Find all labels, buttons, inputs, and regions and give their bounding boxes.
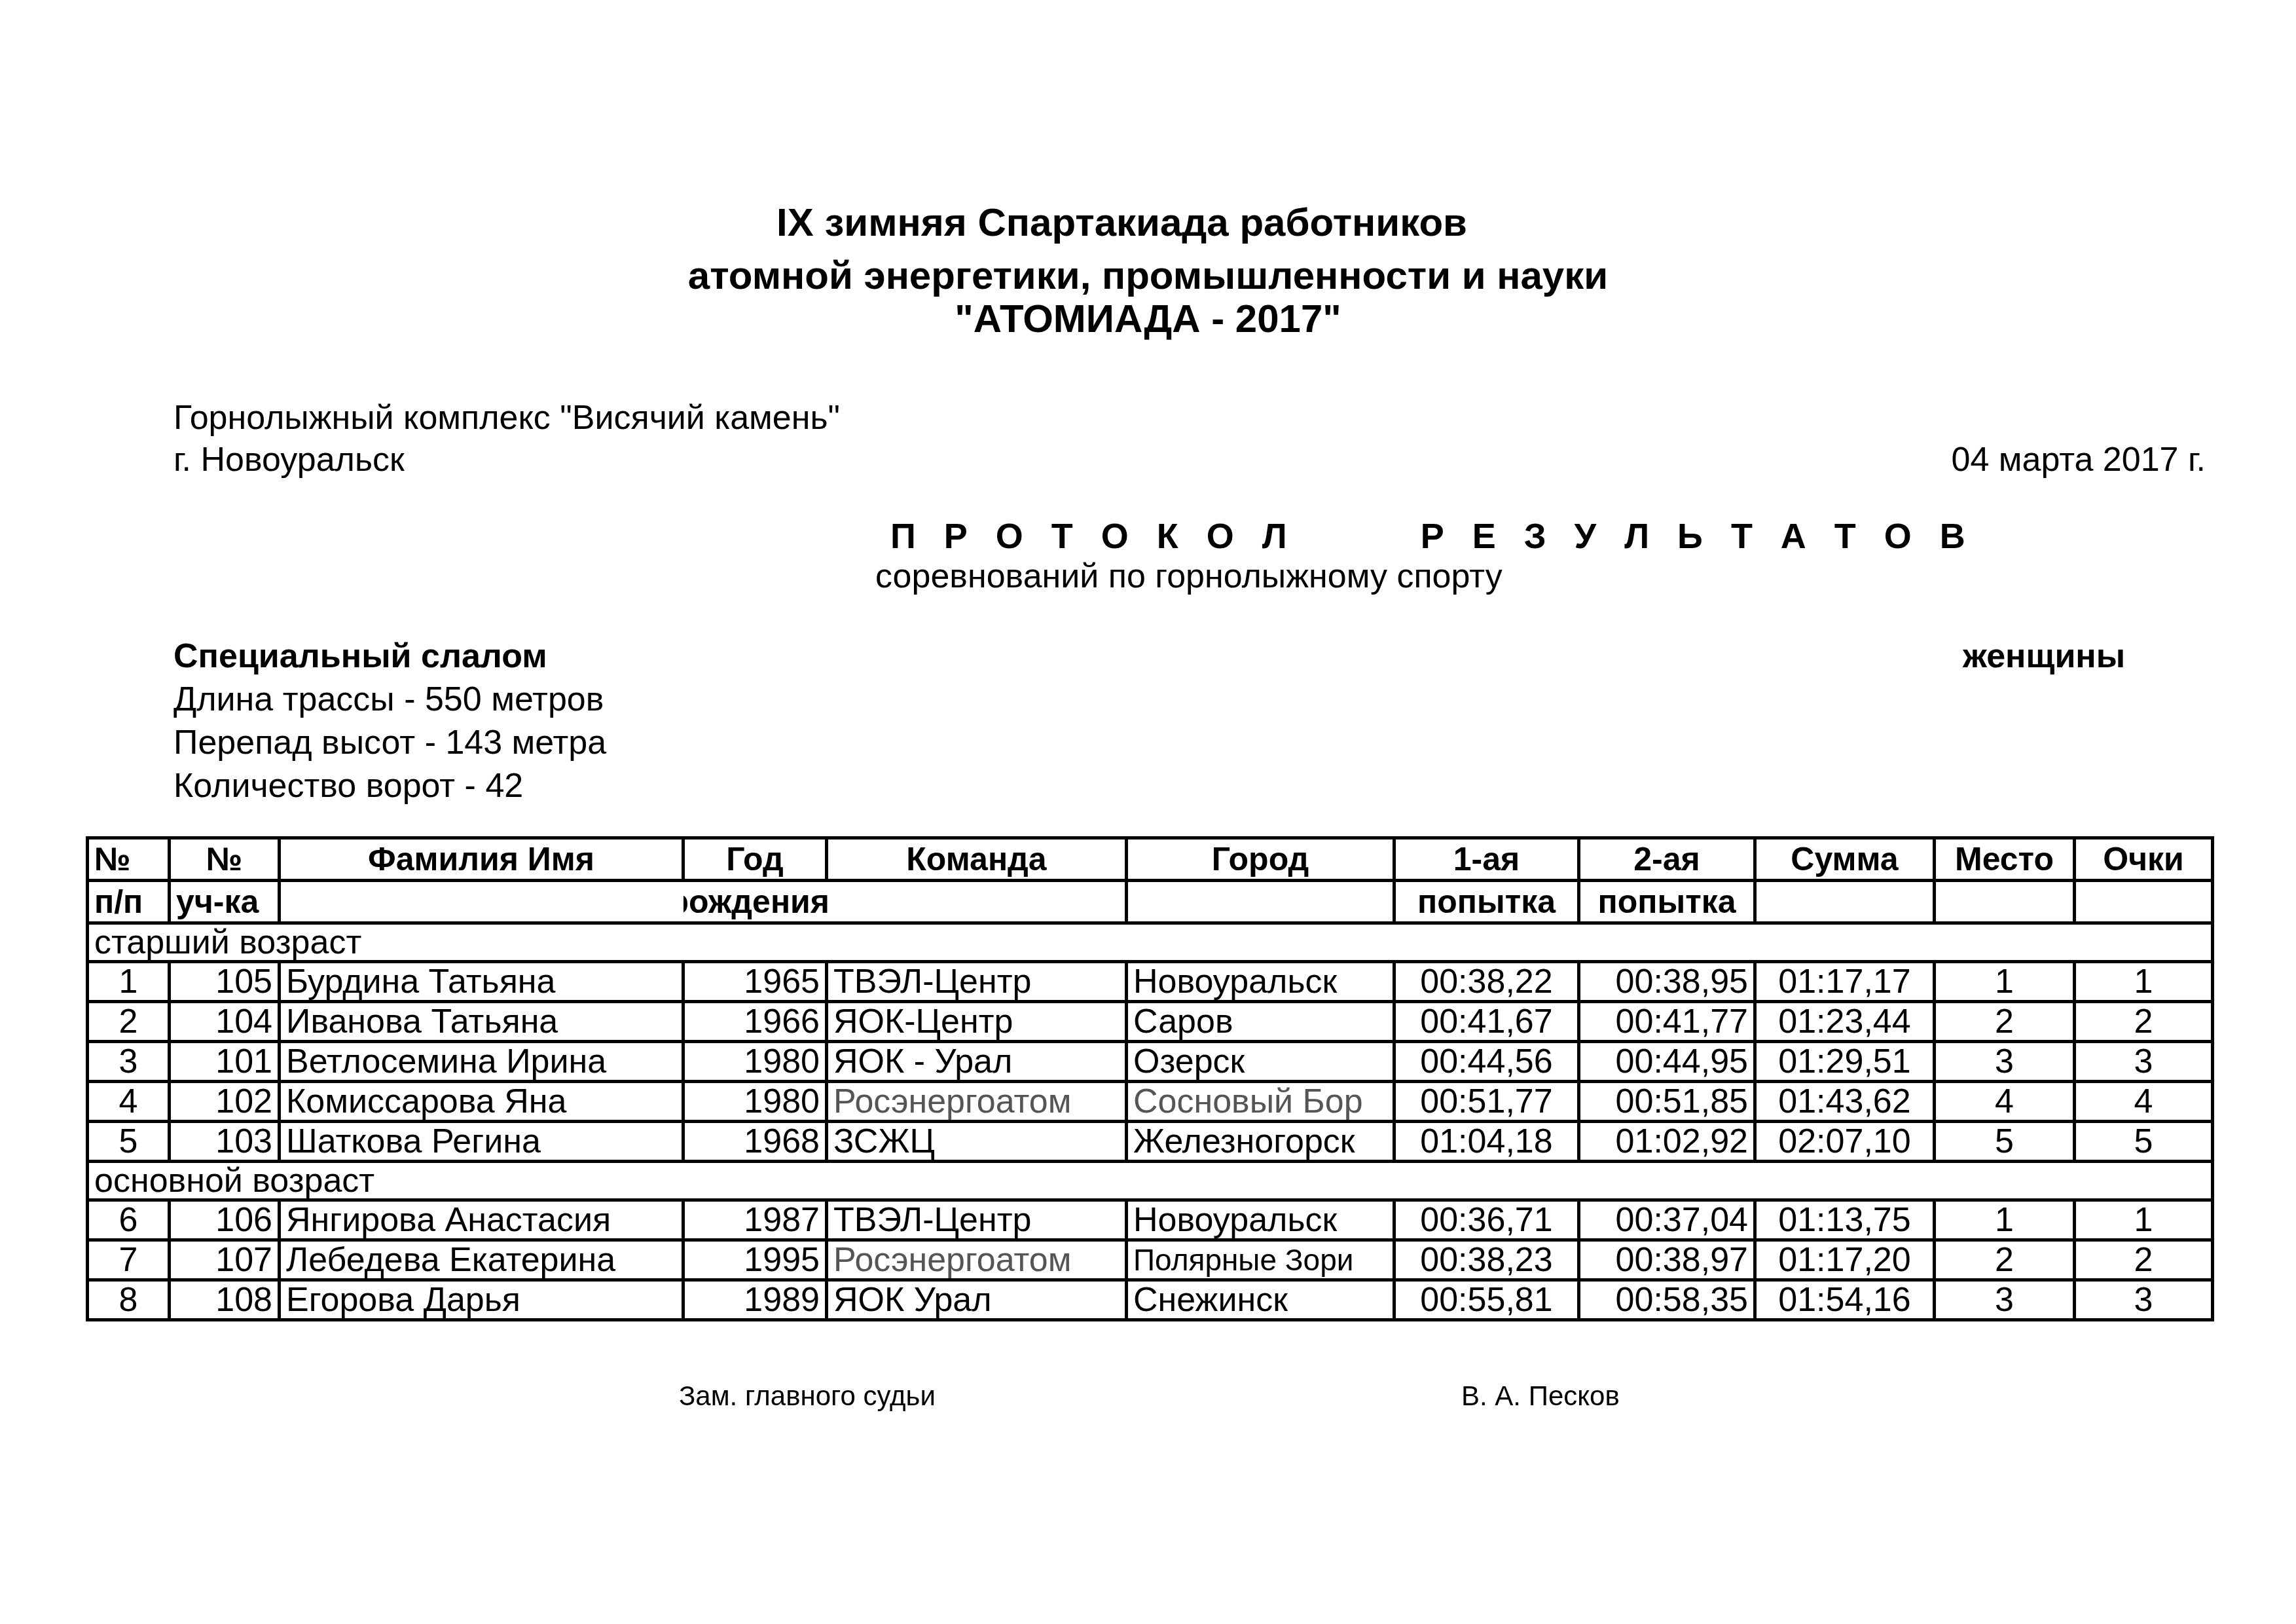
cell-points: 4 xyxy=(2075,1082,2213,1122)
cell-num: 7 xyxy=(88,1240,170,1280)
table-row: 6106Янгирова Анастасия1987ТВЭЛ-ЦентрНово… xyxy=(88,1200,2213,1240)
signature-role: Зам. главного судьи xyxy=(679,1380,936,1412)
cell-place: 3 xyxy=(1935,1280,2075,1320)
cell-run2: 00:58,35 xyxy=(1579,1280,1755,1320)
col-city: Город xyxy=(1127,838,1394,881)
col-name-sub xyxy=(280,881,683,923)
table-header-row-2: п/п уч-ка рождения попытка попытка xyxy=(88,881,2213,923)
cell-sum: 01:43,62 xyxy=(1755,1082,1935,1122)
cell-sum: 01:17,20 xyxy=(1755,1240,1935,1280)
cell-bib: 106 xyxy=(170,1200,280,1240)
cell-run1: 00:51,77 xyxy=(1394,1082,1579,1122)
table-row: 8108Егорова Дарья1989ЯОК УралСнежинск00:… xyxy=(88,1280,2213,1320)
date: 04 марта 2017 г. xyxy=(1951,440,2206,479)
col-place: Место xyxy=(1935,838,2075,881)
cell-num: 8 xyxy=(88,1280,170,1320)
cell-place: 1 xyxy=(1935,1200,2075,1240)
col-sum: Сумма xyxy=(1755,838,1935,881)
cell-name: Янгирова Анастасия xyxy=(280,1200,683,1240)
table-row: 4102Комиссарова Яна1980РосэнергоатомСосн… xyxy=(88,1082,2213,1122)
cell-city: Железногорск xyxy=(1127,1122,1394,1162)
cell-run2: 00:41,77 xyxy=(1579,1002,1755,1042)
cell-bib: 101 xyxy=(170,1042,280,1082)
cell-num: 5 xyxy=(88,1122,170,1162)
cell-name: Комиссарова Яна xyxy=(280,1082,683,1122)
group-label: основной возраст xyxy=(88,1162,2213,1200)
cell-num: 4 xyxy=(88,1082,170,1122)
col-num-sub: п/п xyxy=(88,881,170,923)
cell-city: Сосновый Бор xyxy=(1127,1082,1394,1122)
discipline: Специальный слалом xyxy=(173,637,547,676)
event-title-line-3: "АТОМИАДА - 2017" xyxy=(0,296,2296,341)
table-header-row-1: № № Фамилия Имя Год Команда Город 1-ая 2… xyxy=(88,838,2213,881)
cell-run2: 00:44,95 xyxy=(1579,1042,1755,1082)
cell-run1: 00:55,81 xyxy=(1394,1280,1579,1320)
col-bib-sub: уч-ка xyxy=(170,881,280,923)
city: г. Новоуральск xyxy=(173,440,405,479)
col-name: Фамилия Имя xyxy=(280,838,683,881)
cell-team: ЯОК - Урал xyxy=(827,1042,1127,1082)
cell-points: 1 xyxy=(2075,962,2213,1002)
cell-city: Снежинск xyxy=(1127,1280,1394,1320)
cell-place: 2 xyxy=(1935,1240,2075,1280)
gate-count: Количество ворот - 42 xyxy=(173,766,523,805)
col-city-sub xyxy=(1127,881,1394,923)
col-run1-sub: попытка xyxy=(1394,881,1579,923)
cell-city: Новоуральск xyxy=(1127,1200,1394,1240)
col-team: Команда xyxy=(827,838,1127,881)
cell-team: ТВЭЛ-Центр xyxy=(827,962,1127,1002)
protocol-subtitle: соревнований по горнолыжному спорту xyxy=(875,557,1503,596)
col-place-sub xyxy=(1935,881,2075,923)
category: женщины xyxy=(1963,637,2125,676)
cell-run1: 00:38,23 xyxy=(1394,1240,1579,1280)
cell-bib: 107 xyxy=(170,1240,280,1280)
table-row: 1105Бурдина Татьяна1965ТВЭЛ-ЦентрНовоура… xyxy=(88,962,2213,1002)
cell-place: 3 xyxy=(1935,1042,2075,1082)
cell-city: Новоуральск xyxy=(1127,962,1394,1002)
col-points: Очки xyxy=(2075,838,2213,881)
group-row: основной возраст xyxy=(88,1162,2213,1200)
signature-name: В. А. Песков xyxy=(1461,1380,1620,1412)
cell-sum: 01:23,44 xyxy=(1755,1002,1935,1042)
cell-num: 2 xyxy=(88,1002,170,1042)
col-run2: 2-ая xyxy=(1579,838,1755,881)
cell-num: 1 xyxy=(88,962,170,1002)
cell-year: 1980 xyxy=(683,1082,827,1122)
cell-year: 1965 xyxy=(683,962,827,1002)
cell-city: Полярные Зори xyxy=(1127,1240,1394,1280)
cell-team: Росэнергоатом xyxy=(827,1082,1127,1122)
cell-bib: 108 xyxy=(170,1280,280,1320)
cell-team: ЯОК Урал xyxy=(827,1280,1127,1320)
cell-place: 5 xyxy=(1935,1122,2075,1162)
cell-points: 3 xyxy=(2075,1280,2213,1320)
cell-bib: 102 xyxy=(170,1082,280,1122)
cell-city: Саров xyxy=(1127,1002,1394,1042)
protocol-title-left: П Р О Т О К О Л xyxy=(890,517,1296,556)
protocol-title: П Р О Т О К О ЛР Е З У Л Ь Т А Т О В xyxy=(890,516,1975,557)
cell-team: Росэнергоатом xyxy=(827,1240,1127,1280)
col-year-sub-label: рождения xyxy=(683,883,830,920)
cell-sum: 02:07,10 xyxy=(1755,1122,1935,1162)
col-bib: № xyxy=(170,838,280,881)
cell-sum: 01:17,17 xyxy=(1755,962,1935,1002)
cell-year: 1968 xyxy=(683,1122,827,1162)
event-title-line-1: IX зимняя Спартакиада работников xyxy=(0,200,2270,245)
cell-name: Шаткова Регина xyxy=(280,1122,683,1162)
cell-points: 3 xyxy=(2075,1042,2213,1082)
cell-run2: 00:38,97 xyxy=(1579,1240,1755,1280)
cell-bib: 103 xyxy=(170,1122,280,1162)
cell-name: Иванова Татьяна xyxy=(280,1002,683,1042)
col-points-sub xyxy=(2075,881,2213,923)
cell-run1: 00:41,67 xyxy=(1394,1002,1579,1042)
cell-team: ЗСЖЦ xyxy=(827,1122,1127,1162)
cell-run2: 00:51,85 xyxy=(1579,1082,1755,1122)
cell-year: 1987 xyxy=(683,1200,827,1240)
cell-year: 1966 xyxy=(683,1002,827,1042)
cell-run1: 00:36,71 xyxy=(1394,1200,1579,1240)
group-label: старший возраст xyxy=(88,923,2213,962)
col-run1: 1-ая xyxy=(1394,838,1579,881)
venue: Горнолыжный комплекс "Висячий камень" xyxy=(173,398,840,437)
col-year-sub: рождения xyxy=(683,881,1127,923)
table-row: 3101Ветлосемина Ирина1980ЯОК - УралОзерс… xyxy=(88,1042,2213,1082)
col-run2-sub: попытка xyxy=(1579,881,1755,923)
cell-run1: 01:04,18 xyxy=(1394,1122,1579,1162)
vertical-drop: Перепад высот - 143 метра xyxy=(173,723,606,762)
cell-year: 1989 xyxy=(683,1280,827,1320)
cell-place: 4 xyxy=(1935,1082,2075,1122)
cell-points: 2 xyxy=(2075,1240,2213,1280)
col-num: № xyxy=(88,838,170,881)
course-length: Длина трассы - 550 метров xyxy=(173,680,604,719)
cell-run2: 00:38,95 xyxy=(1579,962,1755,1002)
cell-name: Бурдина Татьяна xyxy=(280,962,683,1002)
cell-city: Озерск xyxy=(1127,1042,1394,1082)
results-table: № № Фамилия Имя Год Команда Город 1-ая 2… xyxy=(86,836,2214,1321)
cell-name: Егорова Дарья xyxy=(280,1280,683,1320)
cell-sum: 01:13,75 xyxy=(1755,1200,1935,1240)
cell-sum: 01:54,16 xyxy=(1755,1280,1935,1320)
cell-name: Лебедева Екатерина xyxy=(280,1240,683,1280)
cell-place: 1 xyxy=(1935,962,2075,1002)
table-row: 5103Шаткова Регина1968ЗСЖЦЖелезногорск01… xyxy=(88,1122,2213,1162)
table-row: 7107Лебедева Екатерина1995РосэнергоатомП… xyxy=(88,1240,2213,1280)
cell-run2: 01:02,92 xyxy=(1579,1122,1755,1162)
cell-sum: 01:29,51 xyxy=(1755,1042,1935,1082)
cell-place: 2 xyxy=(1935,1002,2075,1042)
cell-bib: 104 xyxy=(170,1002,280,1042)
cell-year: 1980 xyxy=(683,1042,827,1082)
cell-points: 5 xyxy=(2075,1122,2213,1162)
cell-points: 1 xyxy=(2075,1200,2213,1240)
results-body: старший возраст1105Бурдина Татьяна1965ТВ… xyxy=(88,923,2213,1320)
cell-run1: 00:44,56 xyxy=(1394,1042,1579,1082)
table-row: 2104Иванова Татьяна1966ЯОК-ЦентрСаров00:… xyxy=(88,1002,2213,1042)
cell-run2: 00:37,04 xyxy=(1579,1200,1755,1240)
cell-run1: 00:38,22 xyxy=(1394,962,1579,1002)
cell-team: ТВЭЛ-Центр xyxy=(827,1200,1127,1240)
group-row: старший возраст xyxy=(88,923,2213,962)
event-title-line-2: атомной энергетики, промышленности и нау… xyxy=(0,253,2296,298)
cell-team: ЯОК-Центр xyxy=(827,1002,1127,1042)
cell-name: Ветлосемина Ирина xyxy=(280,1042,683,1082)
cell-points: 2 xyxy=(2075,1002,2213,1042)
protocol-title-right: Р Е З У Л Ь Т А Т О В xyxy=(1421,517,1975,556)
col-year: Год xyxy=(683,838,827,881)
col-sum-sub xyxy=(1755,881,1935,923)
cell-bib: 105 xyxy=(170,962,280,1002)
cell-num: 3 xyxy=(88,1042,170,1082)
cell-year: 1995 xyxy=(683,1240,827,1280)
cell-num: 6 xyxy=(88,1200,170,1240)
